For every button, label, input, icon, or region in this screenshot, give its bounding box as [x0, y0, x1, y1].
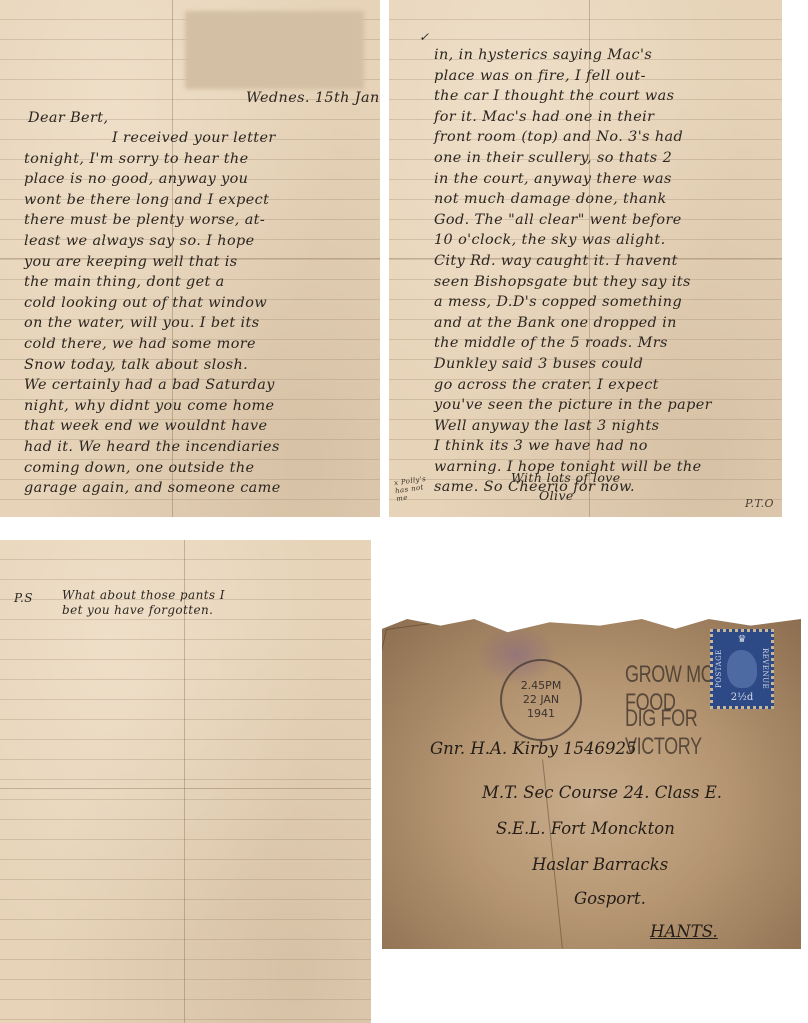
letter-line: 10 o'clock, the sky was alight.: [434, 230, 712, 251]
letter-line: had it. We heard the incendiaries: [24, 437, 281, 458]
letter-line: cold looking out of that window: [24, 293, 281, 314]
letter-line: a mess, D.D's copped something: [434, 292, 712, 313]
letter-page-1: Wednes. 15th Jan Dear Bert, I received y…: [0, 0, 380, 517]
letter-page-3: P.S What about those pants I bet you hav…: [0, 540, 371, 1023]
postmark-time: 2.45PM: [521, 679, 562, 693]
fold-line-horizontal: [0, 788, 371, 789]
letter-date: Wednes. 15th Jan: [246, 88, 380, 109]
redacted-address-block: [185, 11, 364, 89]
letter-line: I think its 3 we have had no: [434, 436, 712, 457]
letter-line: on the water, will you. I bet its: [24, 313, 281, 334]
letter-line: night, why didnt you come home: [24, 396, 281, 417]
letter-line: least we always say so. I hope: [24, 231, 281, 252]
letter-line: you are keeping well that is: [24, 252, 281, 273]
address-line: S.E.L. Fort Monckton: [496, 819, 675, 838]
letter-line: the middle of the 5 roads. Mrs: [434, 333, 712, 354]
letter-line: wont be there long and I expect: [24, 190, 281, 211]
letter-line: cold there, we had some more: [24, 334, 281, 355]
letter-page-2: ✓ in, in hysterics saying Mac's place wa…: [389, 0, 782, 517]
letter-line: that week end we wouldnt have: [24, 416, 281, 437]
margin-note: x Polly's has not me: [393, 475, 428, 503]
letter-line: in the court, anyway there was: [434, 169, 712, 190]
letter-line: garage again, and someone came: [24, 478, 281, 499]
address-line: Gosport.: [574, 889, 646, 908]
letter-line: the main thing, dont get a: [24, 272, 281, 293]
pto-note: P.T.O: [745, 494, 774, 515]
letter-line: one in their scullery, so thats 2: [434, 148, 712, 169]
letter-line: the car I thought the court was: [434, 86, 712, 107]
letter-line: City Rd. way caught it. I havent: [434, 251, 712, 272]
letter-line: coming down, one outside the: [24, 458, 281, 479]
envelope: 2.45PM 22 JAN 1941 GROW MORE FOOD DIG FO…: [382, 619, 801, 949]
letter-line: you've seen the picture in the paper: [434, 395, 712, 416]
address-line: M.T. Sec Course 24. Class E.: [482, 783, 722, 802]
letter-line: Snow today, talk about slosh.: [24, 355, 281, 376]
postmark-year: 1941: [527, 707, 555, 721]
postage-stamp: ♛ POSTAGE REVENUE 2½d: [710, 629, 774, 709]
letter-line: go across the crater. I expect: [434, 375, 712, 396]
postmark-stamp: 2.45PM 22 JAN 1941: [500, 659, 582, 741]
letter-line: Dunkley said 3 buses could: [434, 354, 712, 375]
letter-line: there must be plenty worse, at-: [24, 210, 281, 231]
letter-line: front room (top) and No. 3's had: [434, 127, 712, 148]
stamp-value: 2½d: [713, 692, 771, 703]
stamp-revenue-text: REVENUE: [761, 642, 769, 696]
postscript-line: What about those pants I: [62, 588, 225, 603]
letter-line: I received your letter: [24, 128, 281, 149]
letter-line: God. The "all clear" went before: [434, 210, 712, 231]
letter-line: We certainly had a bad Saturday: [24, 375, 281, 396]
postmark-slogan-line: DIG FOR VICTORY: [625, 705, 757, 761]
postscript-line: bet you have forgotten.: [62, 603, 225, 618]
letter-line: Well anyway the last 3 nights: [434, 416, 712, 437]
letter-line: seen Bishopsgate but they say its: [434, 272, 712, 293]
letter-line: for it. Mac's had one in their: [434, 107, 712, 128]
address-line: HANTS.: [650, 922, 718, 941]
letter-line: place was on fire, I fell out-: [434, 66, 712, 87]
letter-line: in, in hysterics saying Mac's: [434, 45, 712, 66]
letter-line: place is no good, anyway you: [24, 169, 281, 190]
postmark-date: 22 JAN: [523, 693, 559, 707]
postscript-label: P.S: [14, 588, 33, 609]
letter-signature: Olive: [539, 486, 574, 507]
letter-body-page-2: in, in hysterics saying Mac's place was …: [434, 45, 712, 498]
address-line: Gnr. H.A. Kirby 1546925: [430, 739, 637, 758]
letter-line: and at the Bank one dropped in: [434, 313, 712, 334]
stamp-postage-text: POSTAGE: [715, 642, 723, 696]
postscript-body: What about those pants I bet you have fo…: [62, 588, 225, 618]
check-mark-icon: ✓: [419, 27, 429, 48]
address-line: Haslar Barracks: [532, 855, 668, 874]
letter-body-page-1: I received your letter tonight, I'm sorr…: [24, 128, 281, 499]
king-portrait-icon: [727, 650, 757, 688]
letter-line: tonight, I'm sorry to hear the: [24, 149, 281, 170]
letter-salutation: Dear Bert,: [28, 108, 108, 129]
letter-line: not much damage done, thank: [434, 189, 712, 210]
